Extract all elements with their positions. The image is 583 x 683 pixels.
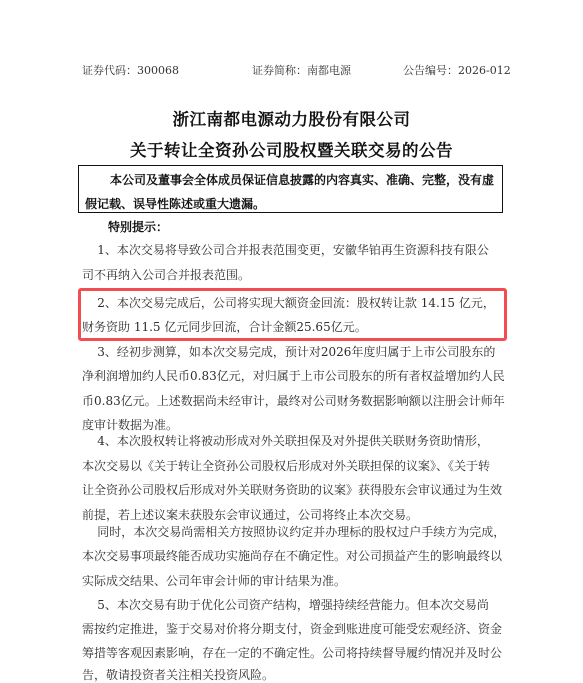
- item-4-line-1: 4、本次股权转让将被动形成对外关联担保及对外提供关联财务资助情形，: [82, 431, 489, 451]
- special-tips-heading: 特别提示：: [108, 218, 168, 235]
- item-3-line-2: 净利润增加约人民币0.83亿元，对归属于上市公司股东的所有者权益增加约人民: [82, 366, 505, 386]
- item-2-line-2: 财务资助 11.5 亿元同步回流，合计金额25.65亿元。: [82, 317, 367, 337]
- item-4b-line-1: 同时，本次交易尚需相关方按照协议约定并办理标的股权过户手续方为完成，: [82, 522, 505, 542]
- item-5-line-4: 告，敬请投资者关注相关投资风险。: [82, 665, 274, 683]
- company-title: 浙江南都电源动力股份有限公司: [0, 106, 583, 130]
- announcement-number: 公告编号：2026-012: [403, 62, 511, 78]
- stock-abbreviation: 证券简称：南都电源: [252, 62, 351, 78]
- notice-line-2: 假记载、误导性陈述或重大遗漏。: [85, 192, 497, 216]
- item-4-line-2: 本次交易以《关于转让全资孙公司股权后形成对外关联担保的议案》、《关于转: [82, 456, 490, 476]
- item-5-line-2: 需按约定推进，鉴于交易对价将分期支付，资金到账进度可能受宏观经济、资金: [82, 619, 502, 639]
- item-4b-line-2: 本次交易事项最终能否成功实施尚存在不确定性。对公司损益产生的影响最终以: [82, 546, 502, 566]
- announcement-title: 关于转让全资孙公司股权暨关联交易的公告: [0, 137, 583, 161]
- item-4-line-3: 让全资孙公司股权后形成对外关联财务资助的议案》获得股东会审议通过为生效: [82, 480, 502, 500]
- stock-code: 证券代码：300068: [82, 62, 179, 78]
- item-1-line-2: 司不再纳入公司合并报表范围。: [82, 265, 250, 285]
- item-3-line-1: 3、经初步测算，如本次交易完成，预计对2026年度归属于上市公司股东的: [82, 342, 495, 362]
- board-guarantee-notice: 本公司及董事会全体成员保证信息披露的内容真实、准确、完整，没有虚 假记载、误导性…: [78, 165, 503, 213]
- item-3-line-3: 币0.83亿元。上述数据尚未经审计，最终对公司财务数据影响额以注册会计师年: [82, 391, 505, 411]
- item-4b-line-3: 实际成交结果、公司年审会计师的审计结果为准。: [82, 571, 346, 591]
- item-1-line-1: 1、本次交易将导致公司合并报表范围变更，安徽华铂再生资源科技有限公: [82, 240, 489, 260]
- notice-line-1: 本公司及董事会全体成员保证信息披露的内容真实、准确、完整，没有虚: [85, 168, 497, 192]
- item-5-line-3: 筹措等客观因素影响，存在一定的不确定性。公司将持续督导履约情况并及时公: [82, 643, 502, 663]
- item-2-line-1: 2、本次交易完成后，公司将实现大额资金回流：股权转让款 14.15 亿元，: [82, 293, 495, 313]
- item-5-line-1: 5、本次交易有助于优化公司资产结构，增强持续经营能力。但本次交易尚: [82, 595, 489, 615]
- document-header: 证券代码：300068 证券简称：南都电源 公告编号：2026-012: [0, 62, 583, 78]
